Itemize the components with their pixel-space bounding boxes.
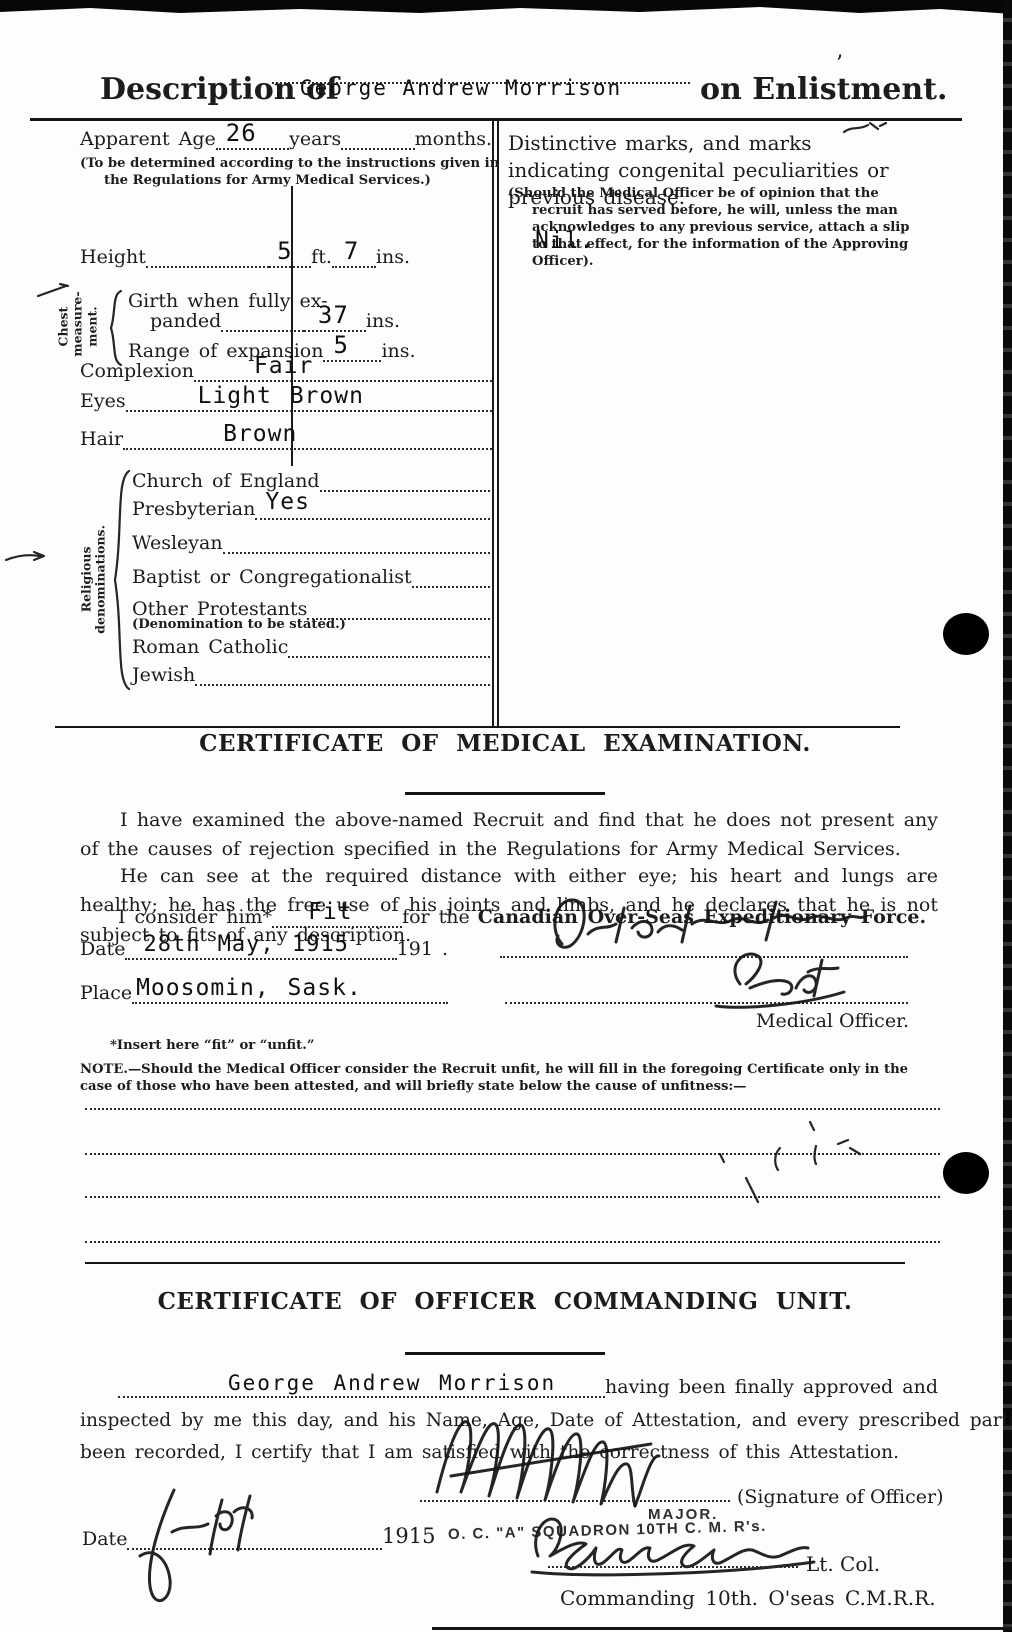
- rule-under-title: [30, 118, 962, 121]
- inches-fill: 7: [332, 261, 376, 268]
- eyes-fill: Light Brown: [126, 405, 492, 412]
- apparent-age-fill: 26: [216, 143, 289, 150]
- scan-bottom-edge: [432, 1627, 1012, 1630]
- girth-fill: [221, 325, 304, 332]
- complexion-row: Complexion Fair: [80, 360, 492, 382]
- consider-fill: Fit: [272, 921, 402, 928]
- hair-label: Hair: [80, 428, 123, 450]
- religion-row-presbyterian: Presbyterian Yes: [132, 498, 490, 520]
- other-protestants-note: (Denomination to be stated.): [132, 617, 346, 634]
- stray-pen-marks: [660, 1108, 880, 1208]
- range-value: 5: [333, 331, 348, 359]
- scan-right-edge: [1003, 0, 1012, 1632]
- ft-label: ft.: [311, 246, 332, 268]
- blank-line-4: [85, 1241, 940, 1243]
- girth-row: panded 37 ins.: [150, 310, 400, 332]
- medical-date-fill: 28th May, 1915: [125, 953, 396, 960]
- attestation-form-scan: Description of George Andrew Morrison on…: [0, 0, 1012, 1632]
- rule-description-bottom: [55, 726, 900, 728]
- complexion-fill: Fair: [194, 375, 492, 382]
- recruit-name-title: George Andrew Morrison: [300, 76, 622, 100]
- religion-row-wesleyan: Wesleyan: [132, 532, 490, 554]
- apparent-age-row: Apparent Age 26 years months.: [80, 128, 492, 150]
- capt-rank-script: [710, 944, 850, 1014]
- medical-paragraph-1: I have examined the above-named Recruit …: [80, 806, 938, 865]
- punch-hole-bottom: [943, 1152, 989, 1194]
- medical-note: NOTE.—Should the Medical Officer conside…: [80, 1062, 942, 1096]
- commanding-label: Commanding 10th. O'seas C.M.R.R.: [560, 1586, 936, 1610]
- insert-fit-note: *Insert here “fit” or “unfit.”: [110, 1038, 314, 1055]
- medical-date-value: 28th May, 1915: [143, 932, 348, 957]
- complexion-label: Complexion: [80, 360, 194, 382]
- apparent-age-note: (To be determined according to the instr…: [80, 156, 516, 190]
- height-inches-value: 7: [344, 237, 359, 265]
- eyes-label: Eyes: [80, 390, 126, 412]
- height-feet-value: 5: [277, 237, 292, 265]
- officer-heading-divider: [405, 1352, 605, 1355]
- lt-col-label: Lt. Col.: [806, 1552, 880, 1576]
- religion-brace: [110, 468, 132, 692]
- stray-mark-left-2: [4, 548, 48, 566]
- medical-place-fill: Moosomin, Sask.: [132, 997, 448, 1004]
- range-unit: ins.: [381, 340, 415, 362]
- religion-group-label: Religious denominations.: [80, 499, 109, 659]
- girth-value: 37: [318, 301, 349, 329]
- eyes-row: Eyes Light Brown: [80, 390, 492, 412]
- rule-above-officer-certificate: [85, 1262, 905, 1264]
- chest-brace: [106, 288, 124, 368]
- column-divider-left: [492, 120, 494, 726]
- height-row: Height 5 ft. 7 ins.: [80, 246, 410, 268]
- medical-place-row: Place Moosomin, Sask.: [80, 982, 448, 1004]
- height-fill: [146, 261, 269, 268]
- year-stub: 191 .: [397, 938, 448, 960]
- ins-label: ins.: [376, 246, 410, 268]
- hair-value: Brown: [223, 421, 297, 447]
- punch-hole-top: [943, 613, 989, 655]
- religion-row-church-of-england: Church of England: [132, 470, 490, 492]
- officer-certificate-heading: CERTIFICATE OF OFFICER COMMANDING UNIT.: [75, 1288, 935, 1315]
- chest-group-label: Chest measure- ment.: [56, 297, 99, 357]
- lt-col-line: [548, 1566, 798, 1568]
- form-title-suffix: on Enlistment.: [700, 72, 947, 107]
- months-fill: [341, 143, 414, 150]
- handwritten-date-script: [112, 1474, 312, 1614]
- medical-heading-divider: [405, 792, 605, 795]
- years-label: years: [289, 128, 341, 150]
- religion-row-jewish: Jewish: [132, 664, 490, 686]
- hair-fill: Brown: [123, 443, 492, 450]
- eyes-value: Light Brown: [198, 383, 364, 409]
- girth-label-line2: panded: [150, 310, 221, 332]
- stray-mark-left-1: [36, 282, 72, 300]
- religion-row-baptist: Baptist or Congregationalist: [132, 566, 490, 588]
- medical-place-label: Place: [80, 982, 132, 1004]
- complexion-value: Fair: [254, 353, 313, 379]
- apparent-age-label: Apparent Age: [80, 128, 216, 150]
- apparent-age-value: 26: [226, 119, 257, 147]
- height-label: Height: [80, 246, 146, 268]
- medical-officer-title-label: Medical Officer.: [756, 1010, 909, 1032]
- lt-col-signature: [520, 1498, 820, 1586]
- consider-prefix: I consider him*: [118, 906, 272, 928]
- girth-unit: ins.: [366, 310, 400, 332]
- consider-middle: for the: [402, 906, 470, 928]
- stray-mark-apostrophe: ’: [836, 52, 843, 77]
- stray-mark-top-right: [840, 118, 890, 140]
- feet-fill: 5: [269, 261, 311, 268]
- medical-place-value: Moosomin, Sask.: [136, 975, 362, 1001]
- presbyterian-value: Yes: [265, 489, 310, 515]
- fitness-value: Fit: [308, 899, 353, 925]
- religion-row-roman-catholic: Roman Catholic: [132, 636, 490, 658]
- girth-label-line1: Girth when fully ex-: [128, 290, 328, 312]
- officer-date-year: 1915: [382, 1524, 435, 1548]
- hair-row: Hair Brown: [80, 428, 492, 450]
- medical-date-row: Date 28th May, 1915 191 .: [80, 938, 448, 960]
- scan-top-edge: [0, 0, 1012, 16]
- distinctive-marks-value: Nil.: [535, 228, 594, 254]
- medical-certificate-heading: CERTIFICATE OF MEDICAL EXAMINATION.: [75, 730, 935, 757]
- months-label: months.: [415, 128, 492, 150]
- column-divider-right: [497, 120, 499, 726]
- medical-date-label: Date: [80, 938, 125, 960]
